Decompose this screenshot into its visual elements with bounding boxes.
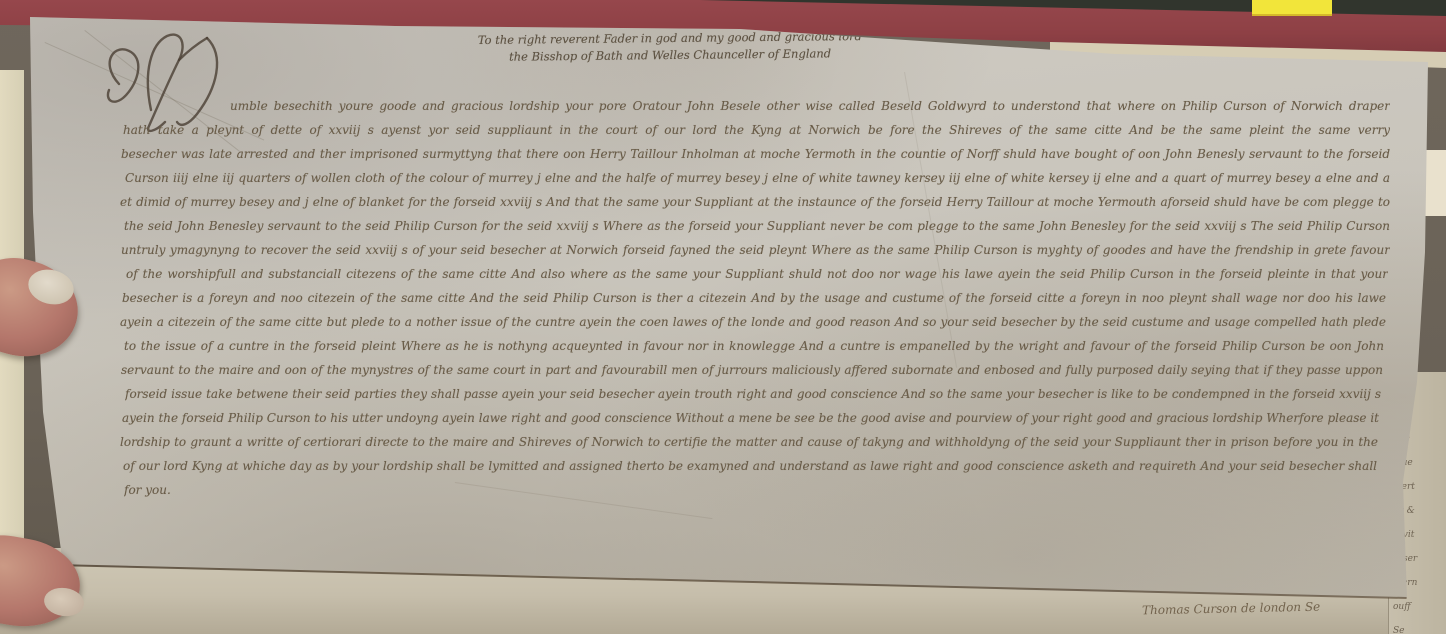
manuscript-line: untruly ymagynyng to recover the seid xx…	[121, 240, 1390, 260]
manuscript-line: hath take a pleynt of dette of xxviij s …	[123, 120, 1390, 140]
manuscript-line: besecher is a foreyn and noo citezein of…	[122, 288, 1386, 308]
manuscript-line: ayein a citezein of the same citte but p…	[120, 312, 1386, 332]
manuscript-line: the seid John Benesley servaunt to the s…	[124, 216, 1390, 236]
manuscript-line: lordship to graunt a writte of certiorar…	[120, 432, 1378, 452]
parchment-petition: To the right reverent Fader in god and m…	[25, 12, 1446, 604]
parchment-crease	[455, 482, 713, 519]
manuscript-line: Curson iiij elne iij quarters of wollen …	[125, 168, 1390, 188]
manuscript-line: of our lord Kyng at whiche day as by you…	[123, 456, 1377, 476]
sticky-note	[1252, 0, 1332, 16]
manuscript-line: to the issue of a cuntre in the forseid …	[124, 336, 1384, 356]
manuscript-line: forseid issue take betwene their seid pa…	[125, 384, 1381, 404]
photo: ssed t ye c te ique ibert py & Civit ass…	[0, 0, 1446, 634]
manuscript-line: for you.	[124, 480, 324, 500]
manuscript-line: besecher was late arrested and ther impr…	[121, 144, 1390, 164]
manuscript-line: umble besechith youre goode and gracious…	[230, 96, 1390, 116]
fragment-text: Se	[1393, 626, 1446, 634]
manuscript-line: servaunt to the maire and oon of the myn…	[121, 360, 1383, 380]
heading-line-2: the Bisshop of Bath and Welles Chauncell…	[455, 45, 885, 67]
manuscript-line: of the worshipfull and substanciall cite…	[126, 264, 1388, 284]
manuscript-line: et dimid of murrey besey and j elne of b…	[120, 192, 1390, 212]
manuscript-line: ayein the forseid Philip Curson to his u…	[122, 408, 1379, 428]
